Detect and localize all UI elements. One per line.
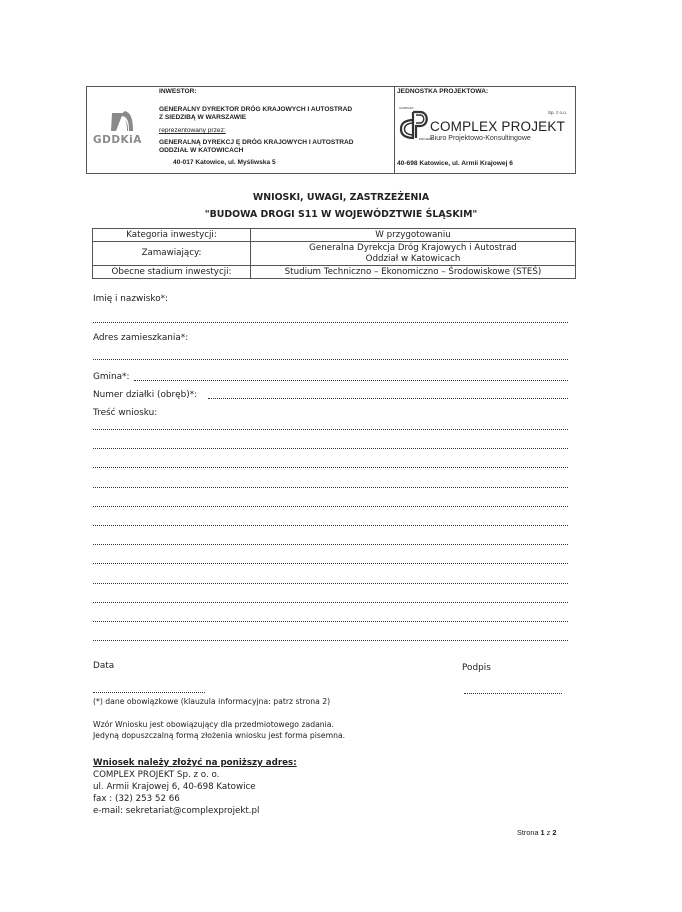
row-value: W przygotowaniu [251,229,576,242]
municipality-field[interactable] [134,379,568,381]
page-current: 1 [541,828,545,837]
name-field[interactable] [93,321,568,323]
page-prefix: Strona [517,828,539,837]
table-row: Obecne stadium inwestycji: Studium Techn… [93,266,576,279]
submit-fax: fax : (32) 253 52 66 [93,794,180,805]
required-fields-note: (*) dane obowiązkowe (klauzula informacy… [93,697,330,708]
designer-subtitle: Biuro Projektowo-Konsultingowe [430,135,531,142]
request-content-line[interactable] [93,428,568,430]
request-content-line[interactable] [93,582,568,584]
request-content-line[interactable] [93,505,568,507]
submit-street: ul. Armii Krajowej 6, 40-698 Katowice [93,782,256,793]
request-content-line[interactable] [93,562,568,564]
investment-info-table: Kategoria inwestycji: W przygotowaniu Za… [92,228,576,279]
form-note-line1: Wzór Wniosku jest obowiązujący dla przed… [93,720,334,731]
row-value-line2: Oddział w Katowicach [251,254,575,265]
gddkia-road-logo-icon [109,109,135,133]
page-total: 2 [552,828,556,837]
form-note-line2: Jedyną dopuszczalną formą złożenia wnios… [93,731,345,742]
row-key: Kategoria inwestycji: [93,229,251,242]
table-row: Zamawiający: Generalna Dyrekcja Dróg Kra… [93,242,576,266]
table-row: Kategoria inwestycji: W przygotowaniu [93,229,576,242]
plot-number-field[interactable] [208,397,568,399]
designer-legal-form: Sp. z o.o. [548,110,567,115]
investor-section: GDDKiA INWESTOR: GENERALNY DYREKTOR DRÓG… [87,87,395,173]
plot-number-label: Numer działki (obręb)*: [93,390,197,400]
request-content-label: Treść wniosku: [93,408,157,418]
signature-field[interactable] [464,692,562,694]
address-label: Adres zamieszkania*: [93,333,188,343]
investor-label: INWESTOR: [159,88,197,96]
investor-address: 40-017 Katowice, ul. Myśliwska 5 [173,159,276,167]
page-sep: z [547,828,551,837]
request-content-line[interactable] [93,486,568,488]
representative-line2: ODDZIAŁ W KATOWICACH [159,147,243,155]
request-content-line[interactable] [93,466,568,468]
request-content-line[interactable] [93,543,568,545]
document-subtitle: "BUDOWA DROGI S11 W WOJEWÓDZTWIE ŚLĄSKIM… [0,209,682,220]
request-content-line[interactable] [93,639,568,641]
submit-email[interactable]: e-mail: sekretariat@complexprojekt.pl [93,806,259,817]
name-label: Imię i nazwisko*: [93,294,168,304]
represented-by-label: reprezentowany przez: [159,127,226,135]
date-field[interactable] [93,691,205,693]
row-value: Generalna Dyrekcja Dróg Krajowych i Auto… [251,242,576,266]
document-title: WNIOSKI, UWAGI, ZASTRZEŻENIA [0,192,682,203]
designer-address: 40-698 Katowice, ul. Armii Krajowej 6 [397,160,513,168]
request-content-line[interactable] [93,524,568,526]
submit-company: COMPLEX PROJEKT Sp. z o. o. [93,770,219,781]
page-number: Strona 1 z 2 [517,828,556,837]
header-box: GDDKiA INWESTOR: GENERALNY DYREKTOR DRÓG… [86,86,576,174]
row-value-line1: Generalna Dyrekcja Dróg Krajowych i Auto… [251,243,575,254]
submit-address-heading: Wniosek należy złożyć na poniższy adres: [93,758,297,769]
request-content-line[interactable] [93,447,568,449]
row-value: Studium Techniczno – Ekonomiczno – Środo… [251,266,576,279]
designer-name: COMPLEX PROJEKT [430,119,565,134]
request-content-line[interactable] [93,601,568,603]
designer-section: JEDNOSTKA PROJEKTOWA: COMPLEX PROJEKT Sp… [394,87,575,173]
designer-label: JEDNOSTKA PROJEKTOWA: [397,88,488,96]
signature-label: Podpis [462,663,491,673]
investor-line2: Z SIEDZIBĄ W WARSZAWIE [159,114,246,122]
request-content-line[interactable] [93,620,568,622]
row-key: Obecne stadium inwestycji: [93,266,251,279]
row-key: Zamawiający: [93,242,251,266]
municipality-label: Gmina*: [93,372,129,382]
gddkia-logo-text: GDDKiA [93,134,142,146]
date-label: Data [93,661,114,671]
representative-line1: GENERALNĄ DYREKCJ Ę DRÓG KRAJOWYCH I AUT… [159,139,354,147]
investor-line1: GENERALNY DYREKTOR DRÓG KRAJOWYCH I AUTO… [159,106,352,114]
address-field[interactable] [93,358,568,360]
